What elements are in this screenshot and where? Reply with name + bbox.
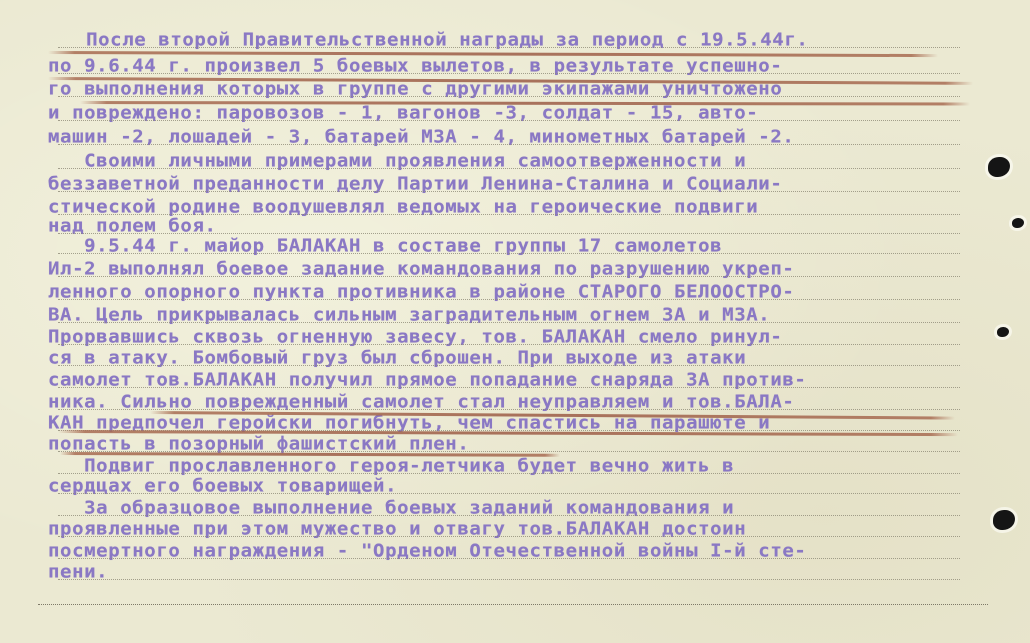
dotted-baseline: [58, 233, 960, 234]
punch-hole-icon: [993, 510, 1015, 530]
dotted-baseline: [58, 253, 960, 254]
punch-hole-icon: [1012, 218, 1024, 228]
dotted-baseline: [58, 168, 960, 169]
punch-hole-icon: [988, 157, 1010, 177]
dotted-baseline: [58, 322, 960, 323]
dotted-baseline: [58, 515, 960, 516]
dotted-baseline: [58, 144, 960, 145]
dotted-baseline: [58, 473, 960, 474]
dotted-baseline: [58, 299, 960, 300]
document-page: После второй Правительственной награды з…: [0, 0, 1030, 643]
dotted-baseline: [58, 96, 960, 97]
dotted-baseline: [58, 409, 960, 410]
dotted-baseline: [58, 558, 960, 559]
dotted-baseline: [58, 365, 960, 366]
punch-hole-icon: [997, 327, 1009, 337]
dotted-baseline: [58, 493, 960, 494]
dotted-baseline: [58, 344, 960, 345]
dotted-baseline: [58, 387, 960, 388]
dotted-baseline: [58, 73, 960, 74]
bottom-dotted-rule: [38, 604, 988, 605]
dotted-baseline: [58, 536, 960, 537]
dotted-baseline: [58, 47, 960, 48]
dotted-baseline: [58, 191, 960, 192]
dotted-baseline: [58, 120, 960, 121]
dotted-baseline: [58, 214, 960, 215]
dotted-baseline: [58, 579, 960, 580]
dotted-baseline: [58, 276, 960, 277]
